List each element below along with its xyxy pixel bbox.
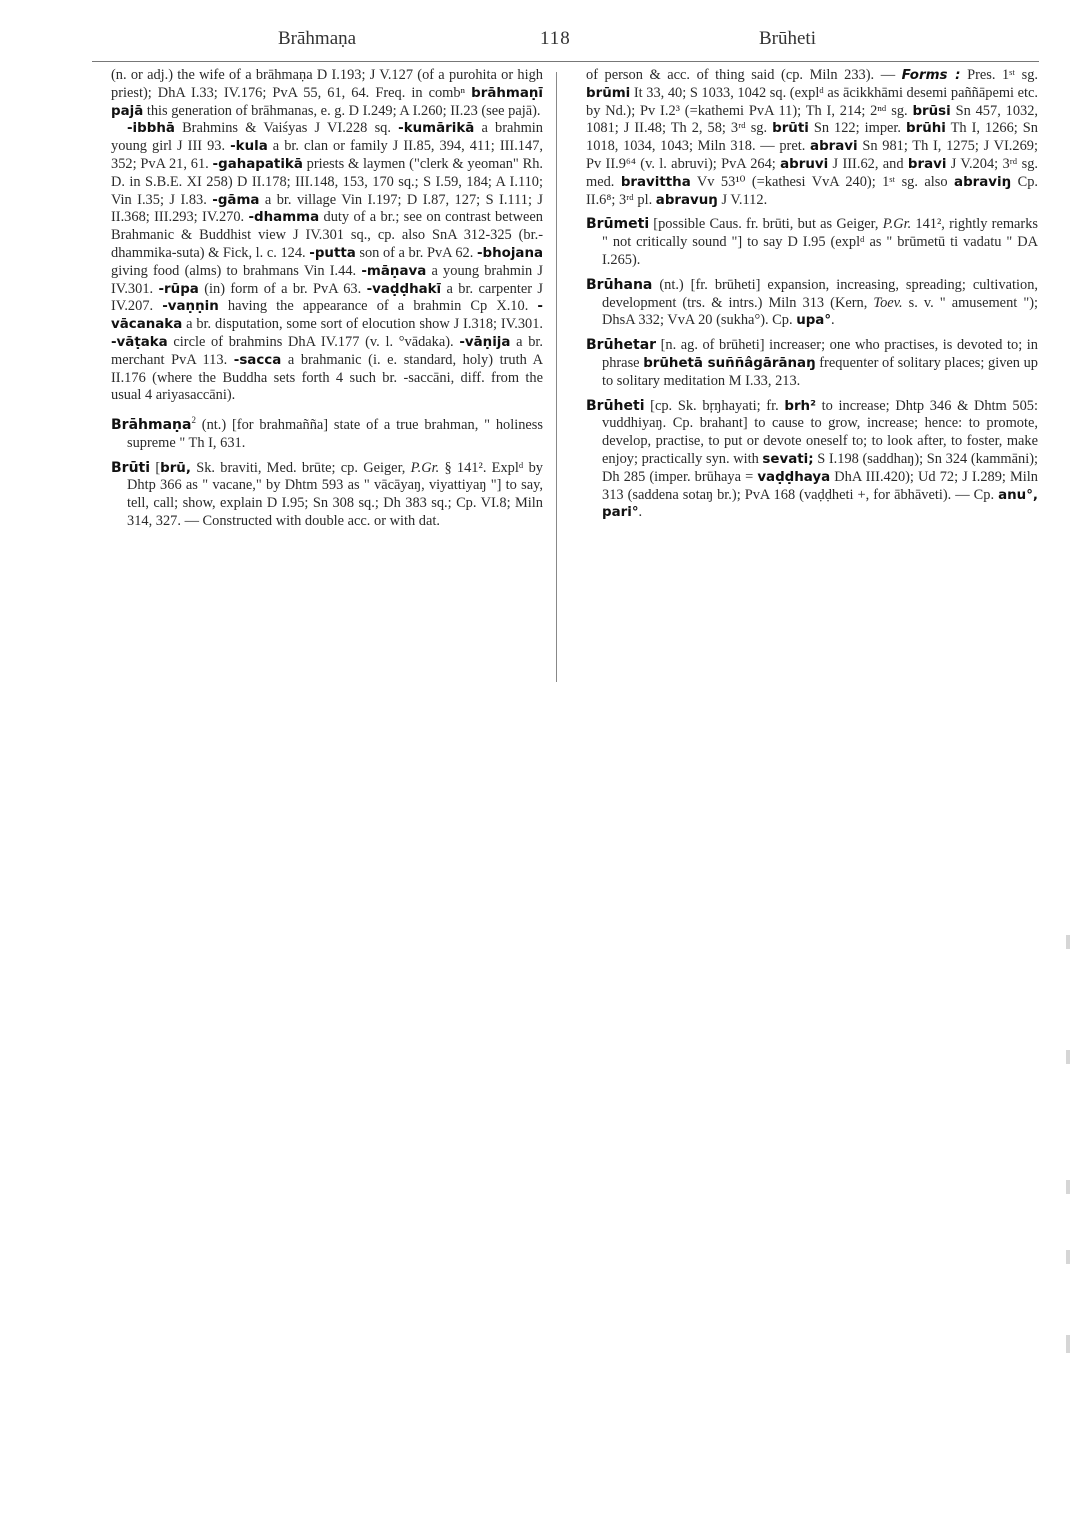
- scan-artifact: [1066, 1050, 1070, 1064]
- headword: Brūti: [111, 460, 150, 476]
- right-column: of person & acc. of thing said (cp. Miln…: [586, 67, 1038, 529]
- entry-bruhana: Brūhana (nt.) [fr. brūheti] expansion, i…: [586, 277, 1038, 330]
- headword: Brūhetar: [586, 337, 656, 353]
- compound-definition: a br. disputation, some sort of elocutio…: [182, 316, 543, 332]
- left-column: (n. or adj.) the wife of a brāhmaṇa D I.…: [111, 67, 543, 538]
- compound-term: -vāṭaka: [111, 335, 168, 350]
- compound-term: -kumārikā: [398, 121, 474, 136]
- entry-bruti: Brūti [brū, Sk. braviti, Med. brūte; cp.…: [111, 460, 543, 531]
- compound-definition: (in) form of a br. PvA 63.: [199, 281, 367, 297]
- headword: Brūhana: [586, 277, 652, 293]
- page-number: 118: [540, 28, 571, 50]
- left-guide-word: Brāhmaṇa: [278, 28, 356, 50]
- compound-definition: giving food (alms) to brahmans Vin I.44.: [111, 263, 361, 279]
- compound-definition: son of a br. PvA 62.: [356, 245, 477, 261]
- scan-artifact: [1066, 1335, 1070, 1353]
- scan-artifact: [1066, 1250, 1070, 1264]
- compound-term: -māṇava: [361, 264, 426, 279]
- headword: Brāhmaṇa: [111, 417, 191, 433]
- compound-term: -vāṇija: [459, 335, 510, 350]
- right-guide-word: Brūheti: [759, 28, 816, 50]
- entry-bruhetar: Brūhetar [n. ag. of brūheti] increaser; …: [586, 337, 1038, 390]
- header-rule: [92, 61, 1039, 62]
- scan-artifact: [1066, 1180, 1070, 1194]
- entry-continuation-brahmana: (n. or adj.) the wife of a brāhmaṇa D I.…: [111, 67, 543, 405]
- compound-term: -kula: [230, 139, 268, 154]
- entry-continuation-bruti: of person & acc. of thing said (cp. Miln…: [586, 67, 1038, 209]
- headword: Brūmeti: [586, 216, 649, 232]
- running-header: Brāhmaṇa 118 Brūheti: [92, 28, 1044, 54]
- compound-term: -vaṇṇin: [162, 299, 219, 314]
- compound-term: -gahapatikā: [213, 157, 303, 172]
- compound-list: -ibbhā Brahmins & Vaiśyas J VI.228 sq. -…: [111, 120, 543, 405]
- scan-artifact: [1066, 935, 1070, 949]
- headword: Brūheti: [586, 398, 645, 414]
- compound-term: -dhamma: [249, 210, 320, 225]
- entry-brumeti: Brūmeti [possible Caus. fr. brūti, but a…: [586, 216, 1038, 269]
- compound-term: -sacca: [234, 353, 281, 368]
- compound-term: -putta: [309, 246, 356, 261]
- entry-bruheti: Brūheti [cp. Sk. bŗŋhayati; fr. brh² to …: [586, 398, 1038, 523]
- compound-term: -bhojana: [477, 246, 543, 261]
- entry-brahmana-2: Brāhmaṇa2 (nt.) [for brahmañña] state of…: [111, 412, 543, 452]
- compound-definition: having the appearance of a brahmin Cp X.…: [219, 298, 538, 314]
- compound-term: -vaḍḍhakī: [367, 282, 442, 297]
- compound-term: -gāma: [212, 193, 259, 208]
- column-separator: [556, 72, 557, 682]
- compound-definition: Brahmins & Vaiśyas J VI.228 sq.: [175, 120, 398, 136]
- compound-definition: circle of brahmins DhA IV.177 (v. l. °vā…: [168, 334, 460, 350]
- compound-term: -rūpa: [159, 282, 199, 297]
- compound-term: -ibbhā: [127, 121, 175, 136]
